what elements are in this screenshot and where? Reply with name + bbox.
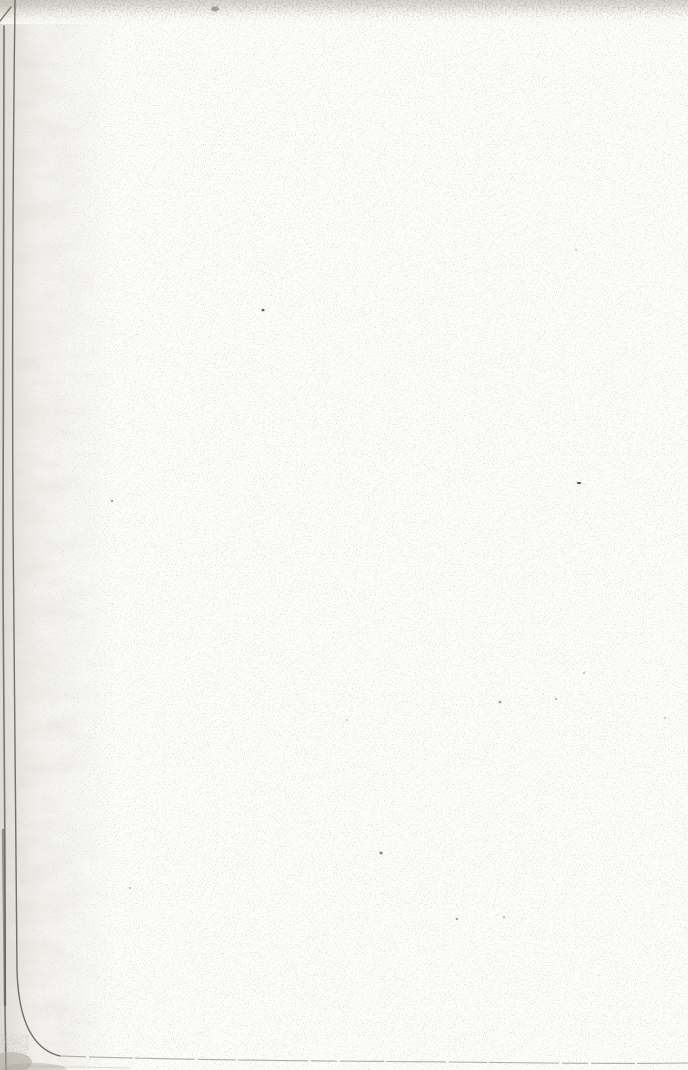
dust-speck <box>575 249 577 251</box>
dust-speck <box>555 698 557 700</box>
bottom-left-corner-noise <box>0 1040 28 1070</box>
dust-speck <box>503 916 505 918</box>
dust-speck <box>456 918 459 920</box>
dust-speck <box>346 719 348 721</box>
dust-speck <box>664 717 666 719</box>
dust-speck <box>499 701 502 703</box>
dust-speck <box>379 852 382 855</box>
dust-speck <box>577 482 581 484</box>
dust-speck <box>129 887 131 889</box>
gutter-blotch-texture <box>0 0 96 1070</box>
dust-speck <box>583 672 585 674</box>
dust-speck <box>111 500 114 502</box>
top-edge-fade <box>0 6 688 24</box>
scan-canvas <box>0 0 688 1070</box>
dust-speck <box>261 309 264 312</box>
dust-speck <box>211 7 219 12</box>
scanned-page <box>0 0 688 1070</box>
